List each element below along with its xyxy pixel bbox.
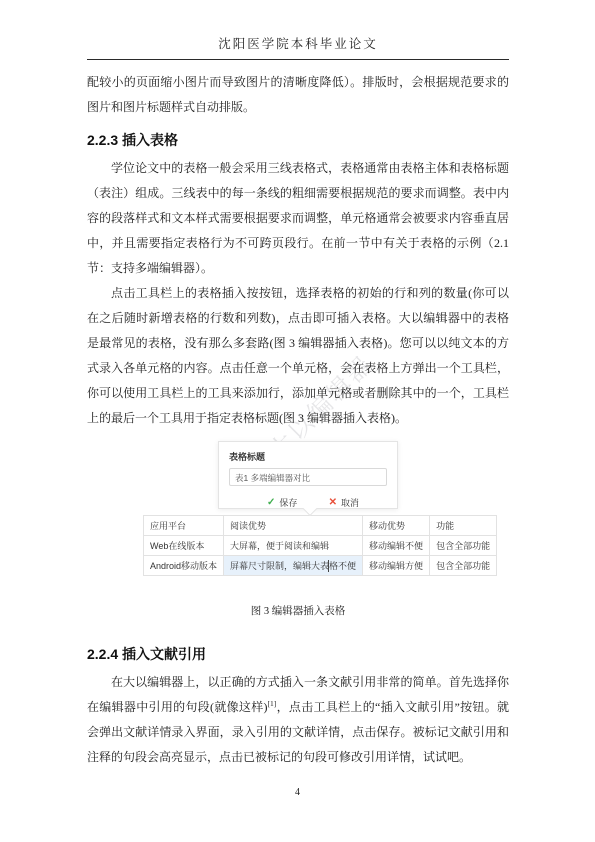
cell-web-features: 包含全部功能 — [430, 536, 497, 556]
paragraph-intro: 配较小的页面缩小图片而导致图片的清晰度降低）。排版时，会根据规范要求的图片和图片… — [87, 70, 509, 120]
comparison-table: 应用平台 阅读优势 移动优势 功能 Web在线版本 大屏幕，便于阅读和编辑 移动… — [143, 515, 497, 576]
table-title-dialog: 表格标题 表1 多端编辑器对比 ✓ 保存 ✕ 取消 — [218, 441, 398, 509]
paragraph-citation: 在大以编辑器上，以正确的方式插入一条文献引用非常的简单。首先选择你在编辑器中引用… — [87, 670, 509, 770]
cell-android-features: 包含全部功能 — [430, 556, 497, 576]
cell-android-reading-text: 屏幕尺寸限制，编辑大表格不便 — [230, 561, 356, 571]
save-button[interactable]: ✓ 保存 — [267, 496, 297, 509]
cell-web-reading: 大屏幕，便于阅读和编辑 — [224, 536, 363, 556]
cancel-button[interactable]: ✕ 取消 — [329, 496, 359, 509]
citation-mark: [1] — [268, 699, 277, 708]
cancel-button-label: 取消 — [341, 496, 359, 509]
cell-android-platform: Android移动版本 — [144, 556, 224, 576]
table-row: Web在线版本 大屏幕，便于阅读和编辑 移动编辑不便 包含全部功能 — [144, 536, 497, 556]
cell-android-reading-selected[interactable]: 屏幕尺寸限制，编辑大表格不便 — [224, 556, 363, 576]
save-button-label: 保存 — [279, 496, 297, 509]
heading-2-2-4-insert-citation: 2.2.4 插入文献引用 — [87, 644, 509, 664]
figure-editor-insert-table: 表格标题 表1 多端编辑器对比 ✓ 保存 ✕ 取消 — [87, 441, 509, 579]
figure-caption: 图 3 编辑器插入表格 — [87, 603, 509, 618]
col-header-mobile: 移动优势 — [363, 516, 430, 536]
cell-web-platform: Web在线版本 — [144, 536, 224, 556]
table-header-row: 应用平台 阅读优势 移动优势 功能 — [144, 516, 497, 536]
header-rule — [87, 59, 509, 60]
page-number: 4 — [0, 787, 595, 798]
col-header-platform: 应用平台 — [144, 516, 224, 536]
col-header-features: 功能 — [430, 516, 497, 536]
check-icon: ✓ — [267, 498, 275, 508]
dialog-label: 表格标题 — [229, 450, 387, 463]
heading-2-2-3-insert-table: 2.2.3 插入表格 — [87, 130, 509, 150]
col-header-reading: 阅读优势 — [224, 516, 363, 536]
close-icon: ✕ — [329, 498, 337, 508]
table-title-input[interactable]: 表1 多端编辑器对比 — [229, 468, 387, 486]
paragraph-table-format: 学位论文中的表格一般会采用三线表格式，表格通常由表格主体和表格标题（表注）组成。… — [87, 156, 509, 281]
text-cursor — [328, 560, 329, 572]
table-row: Android移动版本 屏幕尺寸限制，编辑大表格不便 移动编辑方便 包含全部功能 — [144, 556, 497, 576]
page-header-title: 沈阳医学院本科毕业论文 — [87, 34, 509, 52]
cell-android-mobile: 移动编辑方便 — [363, 556, 430, 576]
table-title-input-value: 表1 多端编辑器对比 — [235, 473, 310, 483]
paragraph-table-insert: 点击工具栏上的表格插入按按钮，选择表格的初始的行和列的数量(你可以在之后随时新增… — [87, 281, 509, 431]
document-page: 大以编辑器 沈阳医学院本科毕业论文 配较小的页面缩小图片而导致图片的清晰度降低）… — [0, 0, 595, 842]
cell-web-mobile: 移动编辑不便 — [363, 536, 430, 556]
